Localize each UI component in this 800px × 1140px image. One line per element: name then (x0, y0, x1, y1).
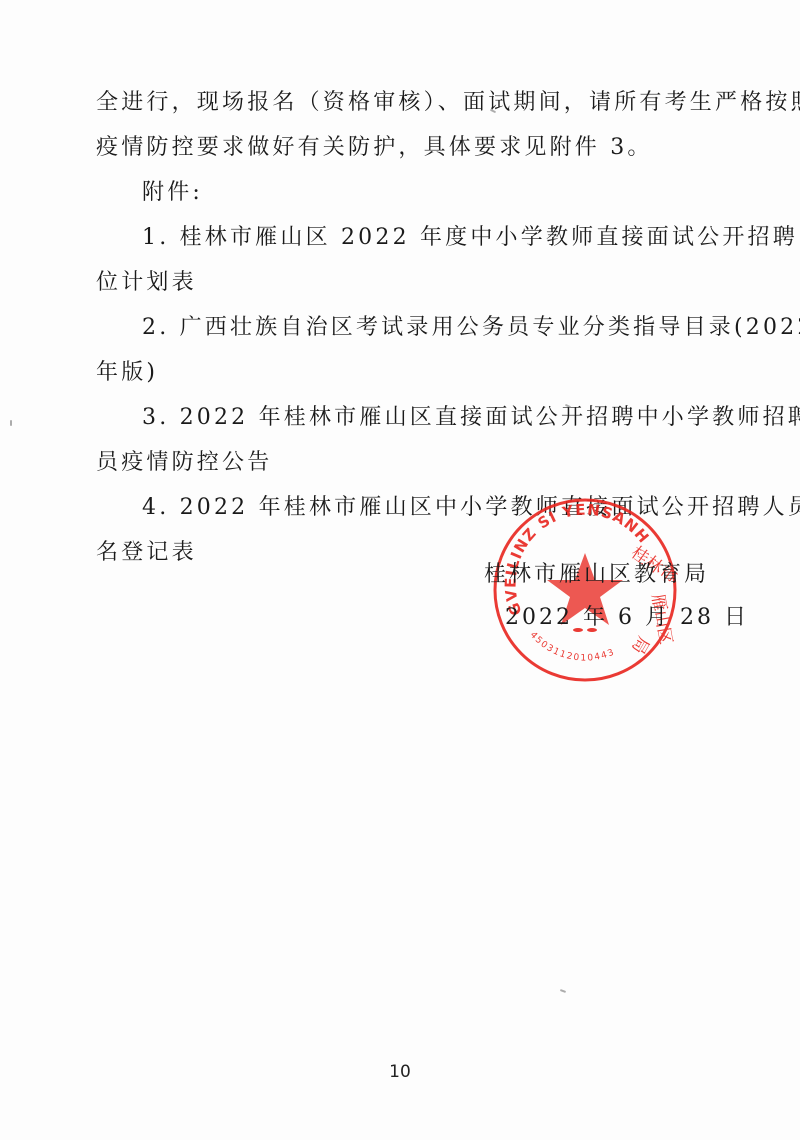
stamp-serial-number: 4503112010443 (528, 630, 617, 663)
document-page: 全进行，现场报名（资格审核）、面试期间，请所有考生严格按照 疫情防控要求做好有关… (0, 0, 800, 1140)
official-seal-stamp: GVEILINZ SI YENSANH GIYUZGIZ 45031120104… (490, 495, 680, 685)
svg-text:4503112010443: 4503112010443 (528, 630, 617, 663)
scan-speck (10, 420, 12, 426)
issue-date: 2022 年 6 月 28 日 (505, 603, 749, 633)
signature-block: GVEILINZ SI YENSANH GIYUZGIZ 45031120104… (0, 0, 800, 1140)
issuing-organization: 桂林市雁山区教育局 (484, 560, 709, 590)
page-number: 10 (0, 1062, 800, 1082)
